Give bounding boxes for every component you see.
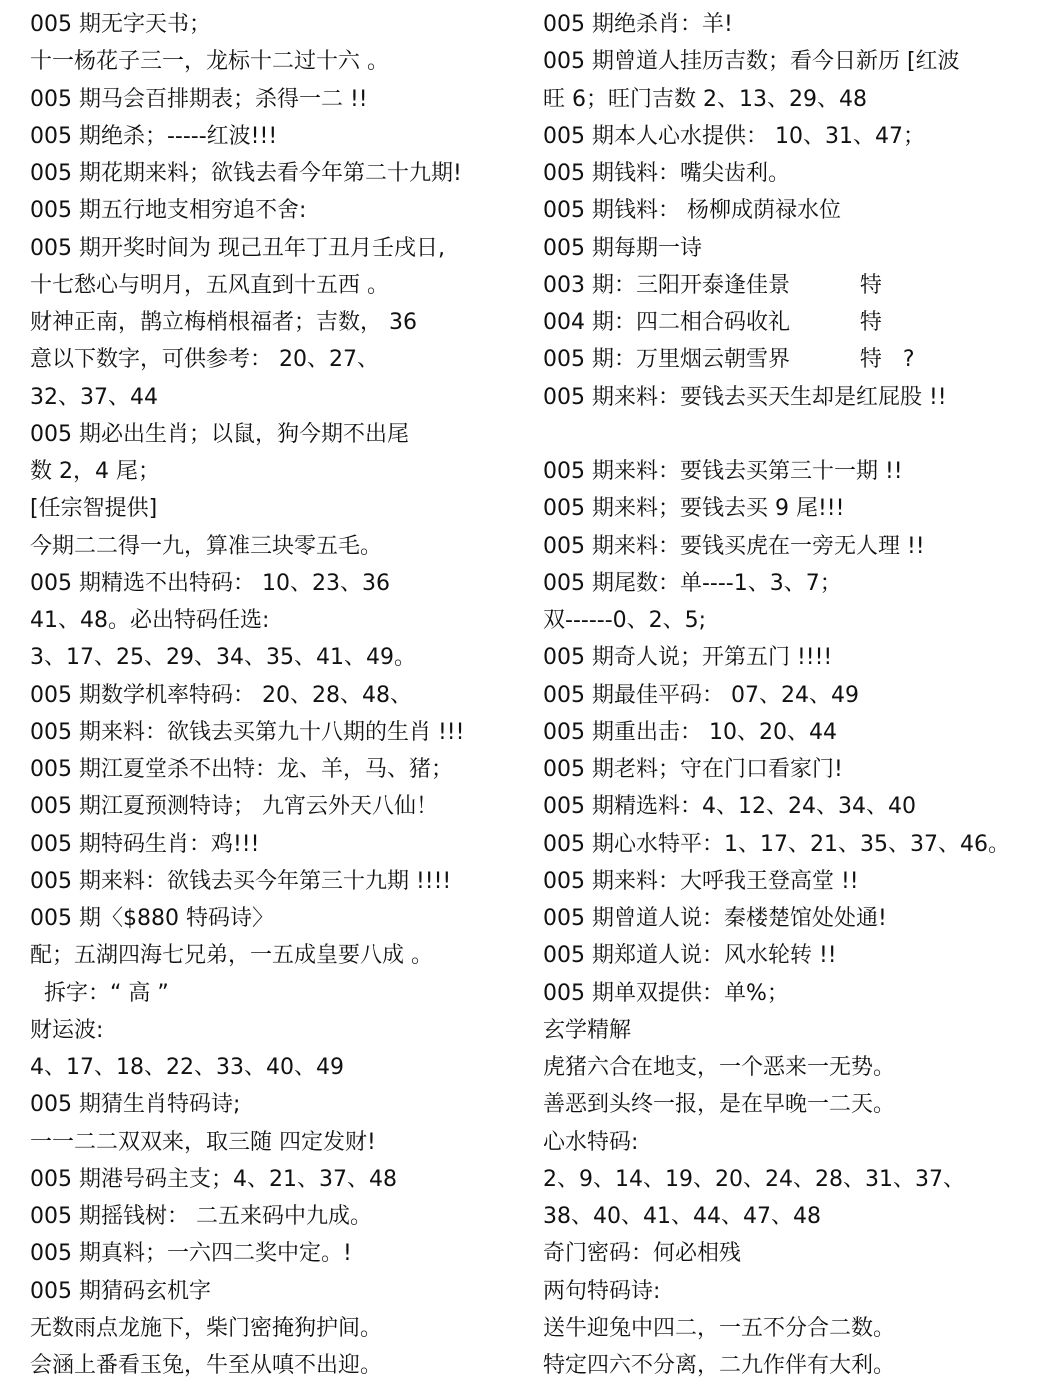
text-line: 005 期重出击： 10、20、44 <box>543 714 1041 751</box>
text-line: 005 期郑道人说：风水轮转 !! <box>543 937 1041 974</box>
text-line: 拆字：“ 高 ” <box>30 975 535 1012</box>
text-line: 005 期数学机率特码： 20、28、48、 <box>30 677 535 714</box>
text-line: 4、17、18、22、33、40、49 <box>30 1049 535 1086</box>
text-line: 005 期来料：要钱买虎在一旁无人理 !! <box>543 528 1041 565</box>
text-line: 005 期：万里烟云朝雪界 特 ? <box>543 341 1041 378</box>
text-line: 005 期来料：要钱去买第三十一期 !! <box>543 453 1041 490</box>
text-line: 005 期港号码主支；4、21、37、48 <box>30 1161 535 1198</box>
text-line: 005 期真料；一六四二奖中定。! <box>30 1235 535 1272</box>
text-line: 005 期五行地支相穷追不舍: <box>30 192 535 229</box>
text-line: 005 期必出生肖；以鼠，狗今期不出尾 <box>30 416 535 453</box>
text-line: 005 期开奖时间为 现己丑年丁丑月壬戌日, <box>30 230 535 267</box>
text-line: 005 期老料；守在门口看家门! <box>543 751 1041 788</box>
left-column: 005 期无字天书；十一杨花子三一，龙标十二过十六 。005 期马会百排期表；杀… <box>30 6 535 1384</box>
right-column: 005 期绝杀肖：羊!005 期曾道人挂历吉数；看今日新历 [红波旺 6；旺门吉… <box>543 6 1041 1384</box>
text-line: 十一杨花子三一，龙标十二过十六 。 <box>30 43 535 80</box>
text-line: 005 期来料：要钱去买天生却是红屁股 !! <box>543 379 1041 416</box>
text-line: 今期二二得一九，算准三块零五毛。 <box>30 528 535 565</box>
text-line: 41、48。必出特码任选: <box>30 602 535 639</box>
text-line: 特定四六不分离，二九作伴有大利。 <box>543 1347 1041 1384</box>
text-line: 32、37、44 <box>30 379 535 416</box>
text-line: 005 期猜码玄机字 <box>30 1273 535 1310</box>
text-line: 005 期江夏堂杀不出特：龙、羊，马、猪； <box>30 751 535 788</box>
text-line: 38、40、41、44、47、48 <box>543 1198 1041 1235</box>
text-line: 005 期无字天书； <box>30 6 535 43</box>
text-line: 旺 6；旺门吉数 2、13、29、48 <box>543 81 1041 118</box>
text-line: 会涵上番看玉兔，牛至从嗔不出迎。 <box>30 1347 535 1384</box>
text-line: 十七愁心与明月，五风直到十五西 。 <box>30 267 535 304</box>
text-line: 005 期江夏预测特诗； 九宵云外天八仙！ <box>30 788 535 825</box>
text-line: 005 期钱料： 杨柳成荫禄水位 <box>543 192 1041 229</box>
text-line: 两句特码诗: <box>543 1273 1041 1310</box>
text-line: 005 期单双提供：单%； <box>543 975 1041 1012</box>
text-line: 005 期精选料：4、12、24、34、40 <box>543 788 1041 825</box>
text-line: 005 期摇钱树： 二五来码中九成。 <box>30 1198 535 1235</box>
text-line: 财神正南，鹊立梅梢根福者；吉数， 36 <box>30 304 535 341</box>
text-line: 005 期猜生肖特码诗; <box>30 1086 535 1123</box>
text-line: 财运波: <box>30 1012 535 1049</box>
text-line: 005 期曾道人说：秦楼楚馆处处通! <box>543 900 1041 937</box>
text-line: 005 期尾数：单----1、3、7； <box>543 565 1041 602</box>
text-line: 005 期〈$880 特码诗〉 <box>30 900 535 937</box>
text-line: 意以下数字，可供参考： 20、27、 <box>30 341 535 378</box>
text-line: 005 期曾道人挂历吉数；看今日新历 [红波 <box>543 43 1041 80</box>
text-line: 005 期来料：欲钱去买今年第三十九期 !!!! <box>30 863 535 900</box>
text-line: 005 期马会百排期表；杀得一二 !! <box>30 81 535 118</box>
text-line: 无数雨点龙施下，柴门密掩狗护间。 <box>30 1310 535 1347</box>
text-line: [任宗智提供] <box>30 490 535 527</box>
text-line: 数 2，4 尾； <box>30 453 535 490</box>
text-line: 005 期精选不出特码： 10、23、36 <box>30 565 535 602</box>
text-line: 005 期每期一诗 <box>543 230 1041 267</box>
text-line: 心水特码: <box>543 1124 1041 1161</box>
text-line: 005 期特码生肖：鸡!!! <box>30 826 535 863</box>
text-line: 配；五湖四海七兄弟，一五成皇要八成 。 <box>30 937 535 974</box>
text-line: 005 期来料：欲钱去买第九十八期的生肖 !!! <box>30 714 535 751</box>
text-line: 005 期花期来料；欲钱去看今年第二十九期! <box>30 155 535 192</box>
text-line: 005 期奇人说；开第五门 !!!! <box>543 639 1041 676</box>
text-line: 005 期来料；要钱去买 9 尾!!! <box>543 490 1041 527</box>
text-line: 送牛迎兔中四二，一五不分合二数。 <box>543 1310 1041 1347</box>
text-line: 奇门密码：何必相残 <box>543 1235 1041 1272</box>
text-line: 005 期最佳平码： 07、24、49 <box>543 677 1041 714</box>
text-line: 虎猪六合在地支，一个恶来一无势。 <box>543 1049 1041 1086</box>
text-line: 005 期绝杀肖：羊! <box>543 6 1041 43</box>
text-line: 004 期：四二相合码收礼 特 <box>543 304 1041 341</box>
text-line: 善恶到头终一报，是在早晚一二天。 <box>543 1086 1041 1123</box>
text-line: 005 期心水特平：1、17、21、35、37、46。 <box>543 826 1041 863</box>
text-line: 005 期钱料：嘴尖齿利。 <box>543 155 1041 192</box>
text-line: 一一二二双双来，取三随 四定发财! <box>30 1124 535 1161</box>
text-line <box>543 416 1041 453</box>
text-line: 3、17、25、29、34、35、41、49。 <box>30 639 535 676</box>
text-line: 2、9、14、19、20、24、28、31、37、 <box>543 1161 1041 1198</box>
text-line: 005 期绝杀；-----红波!!! <box>30 118 535 155</box>
text-line: 005 期来料：大呼我王登高堂 !! <box>543 863 1041 900</box>
text-line: 玄学精解 <box>543 1012 1041 1049</box>
text-line: 双------0、2、5; <box>543 602 1041 639</box>
text-line: 003 期：三阳开泰逢佳景 特 <box>543 267 1041 304</box>
text-line: 005 期本人心水提供： 10、31、47； <box>543 118 1041 155</box>
document-page: 005 期无字天书；十一杨花子三一，龙标十二过十六 。005 期马会百排期表；杀… <box>0 0 1041 1388</box>
